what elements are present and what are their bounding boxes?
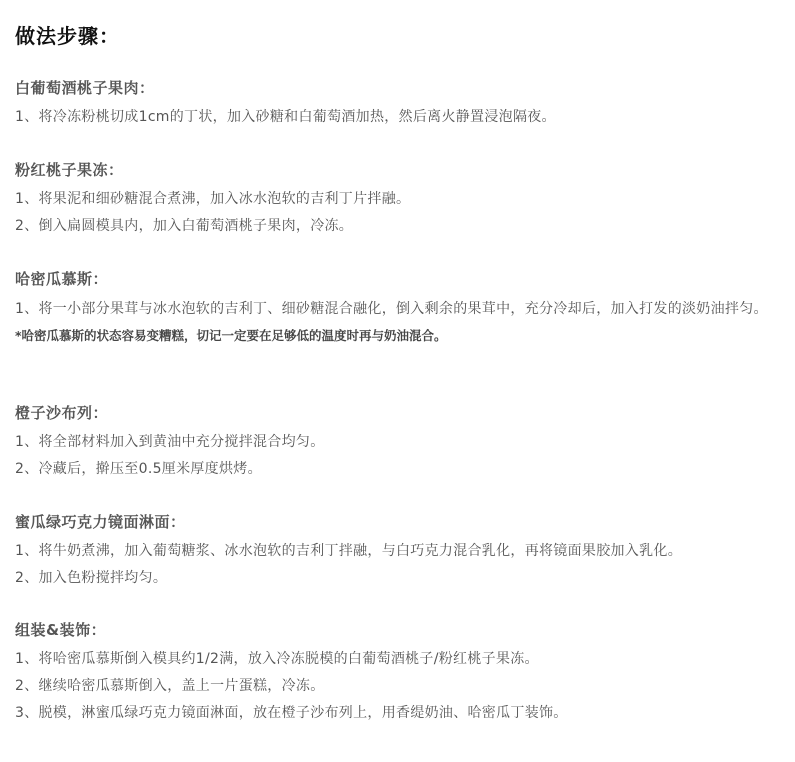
note: *哈密瓜慕斯的状态容易变糟糕，切记一定要在足够低的温度时再与奶油混合。 [15,323,790,349]
step: 3、脱模，淋蜜瓜绿巧克力镜面淋面，放在橙子沙布列上，用香缇奶油、哈密瓜丁装饰。 [15,700,790,727]
step: 1、将果泥和细砂糖混合煮沸，加入冰水泡软的吉利丁片拌融。 [15,186,790,213]
step: 1、将哈密瓜慕斯倒入模具约1/2满，放入冷冻脱模的白葡萄酒桃子/粉红桃子果冻。 [15,646,790,673]
step: 2、加入色粉搅拌均匀。 [15,565,790,592]
step: 1、将一小部分果茸与冰水泡软的吉利丁、细砂糖混合融化，倒入剩余的果茸中，充分冷却… [15,295,790,323]
page-title: 做法步骤： [15,20,120,49]
section-assembly: 组装&装饰： 1、将哈密瓜慕斯倒入模具约1/2满，放入冷冻脱模的白葡萄酒桃子/粉… [15,620,790,727]
step: 2、继续哈密瓜慕斯倒入，盖上一片蛋糕，冷冻。 [15,673,790,700]
section-title: 橙子沙布列： [15,403,790,423]
section-melon-mousse: 哈密瓜慕斯： 1、将一小部分果茸与冰水泡软的吉利丁、细砂糖混合融化，倒入剩余的果… [15,269,790,349]
step: 2、冷藏后，擀压至0.5厘米厚度烘烤。 [15,456,790,483]
step: 1、将牛奶煮沸，加入葡萄糖浆、冰水泡软的吉利丁拌融，与白巧克力混合乳化，再将镜面… [15,538,790,565]
step: 1、将全部材料加入到黄油中充分搅拌混合均匀。 [15,429,790,456]
section-melon-glaze: 蜜瓜绿巧克力镜面淋面： 1、将牛奶煮沸，加入葡萄糖浆、冰水泡软的吉利丁拌融，与白… [15,512,790,592]
section-title: 哈密瓜慕斯： [15,269,790,289]
section-white-wine-peach: 白葡萄酒桃子果肉： 1、将冷冻粉桃切成1cm的丁状，加入砂糖和白葡萄酒加热，然后… [15,78,790,131]
section-orange-sable: 橙子沙布列： 1、将全部材料加入到黄油中充分搅拌混合均匀。 2、冷藏后，擀压至0… [15,403,790,483]
section-pink-peach-jelly: 粉红桃子果冻： 1、将果泥和细砂糖混合煮沸，加入冰水泡软的吉利丁片拌融。 2、倒… [15,160,790,240]
step: 1、将冷冻粉桃切成1cm的丁状，加入砂糖和白葡萄酒加热，然后离火静置浸泡隔夜。 [15,104,790,131]
section-title: 粉红桃子果冻： [15,160,790,180]
section-title: 组装&装饰： [15,620,790,640]
section-title: 白葡萄酒桃子果肉： [15,78,790,98]
section-title: 蜜瓜绿巧克力镜面淋面： [15,512,790,532]
step: 2、倒入扁圆模具内，加入白葡萄酒桃子果肉，冷冻。 [15,213,790,240]
